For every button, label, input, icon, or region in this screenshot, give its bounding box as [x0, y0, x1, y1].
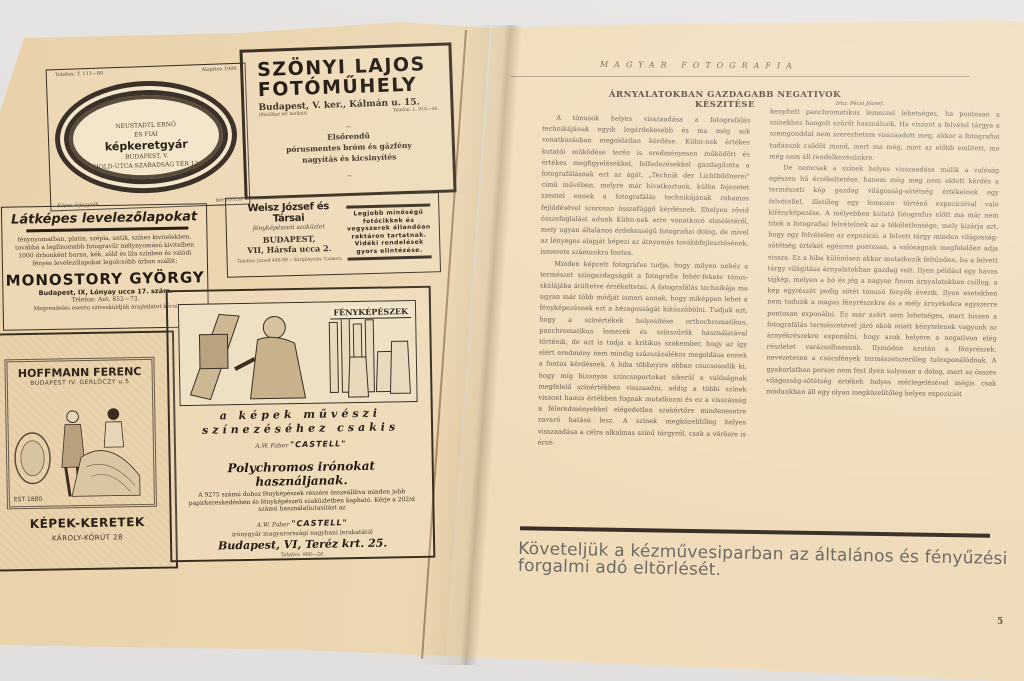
paragraph: De nemcsak a színek helyes visszaadása m… [766, 162, 999, 400]
divider [348, 255, 432, 260]
brand-name: "CASTELL" [291, 518, 347, 528]
divider [26, 227, 188, 233]
running-head: MAGYAR FOTOGRAFIA [600, 60, 870, 71]
byline: Irta: Pécsi József. [836, 101, 884, 107]
ad-header: Telefon: T. 111—80 Alapítva 1900 [55, 66, 237, 78]
ad-hoffmann: HOFFMANN FERENC BUDAPEST IV. GERLÓCZY u.… [0, 330, 178, 571]
ornate-frame: HOFFMANN FERENC BUDAPEST IV. GERLÓCZY u.… [4, 357, 157, 510]
advertiser-name: Weisz József és Társai [232, 201, 345, 226]
ad-szonyi-lajos: SZÖNYI LAJOS FOTÓMŰHELY Budapest, V. ker… [239, 42, 456, 199]
ornate-oval-frame: NEUSTADTL ERNŐ ÉS FIAI képkeretgyár BUDA… [53, 78, 239, 196]
illustration-caption: FÉNYKÉPÉSZEK [330, 305, 411, 319]
article-column-left: A tónusok helyes visszaadása a fotografá… [538, 113, 751, 452]
phone: Telefon: József 446-90 :: Sürgönycím: Ca… [234, 257, 346, 265]
advertiser-name: HOFFMANN FERENC [8, 365, 152, 381]
paragraph: kenyített panchromatikus lemezzel lehets… [769, 106, 1000, 165]
ad-weisz: Weisz József és Társai fényképészeti sza… [225, 192, 441, 278]
address: BUDAPEST IV. GERLÓCZY u.5 [8, 378, 152, 388]
paragraph: A tónusok helyes visszaadása a fotografá… [540, 113, 750, 262]
ornament-icon: ~ [247, 168, 453, 183]
page-number: 5 [997, 617, 1003, 627]
ad-frame-factory: Telefon: T. 111—80 Alapítva 1900 NEUSTAD… [46, 63, 251, 212]
brand-line: A.W. Faber "CASTELL" [170, 438, 431, 452]
victorian-figures-illustration [12, 398, 150, 507]
advertiser-name: MONOSTORY GYÖRGY [3, 268, 207, 290]
photographer-illustration: FÉNYKÉPÉSZEK [178, 300, 418, 406]
address: VII, Hársfa ucca 2. [233, 243, 345, 256]
ad-title: KÉPEK-KERETEK [0, 514, 175, 531]
brand-name: "CASTELL" [290, 439, 346, 449]
paragraph: Minden képzett fotografus tudja, hogy mi… [538, 258, 749, 451]
article-column-right: kenyített panchromatikus lemezzel lehets… [766, 106, 1000, 400]
divider [510, 76, 970, 77]
ad-faber-castell: FÉNYKÉPÉSZEK a képek művészi színezéséhe… [166, 286, 436, 563]
address: KÁROLY-KÖRÚT 28 [0, 532, 176, 543]
ad-title: Látképes levelezőlapokat [2, 209, 206, 228]
